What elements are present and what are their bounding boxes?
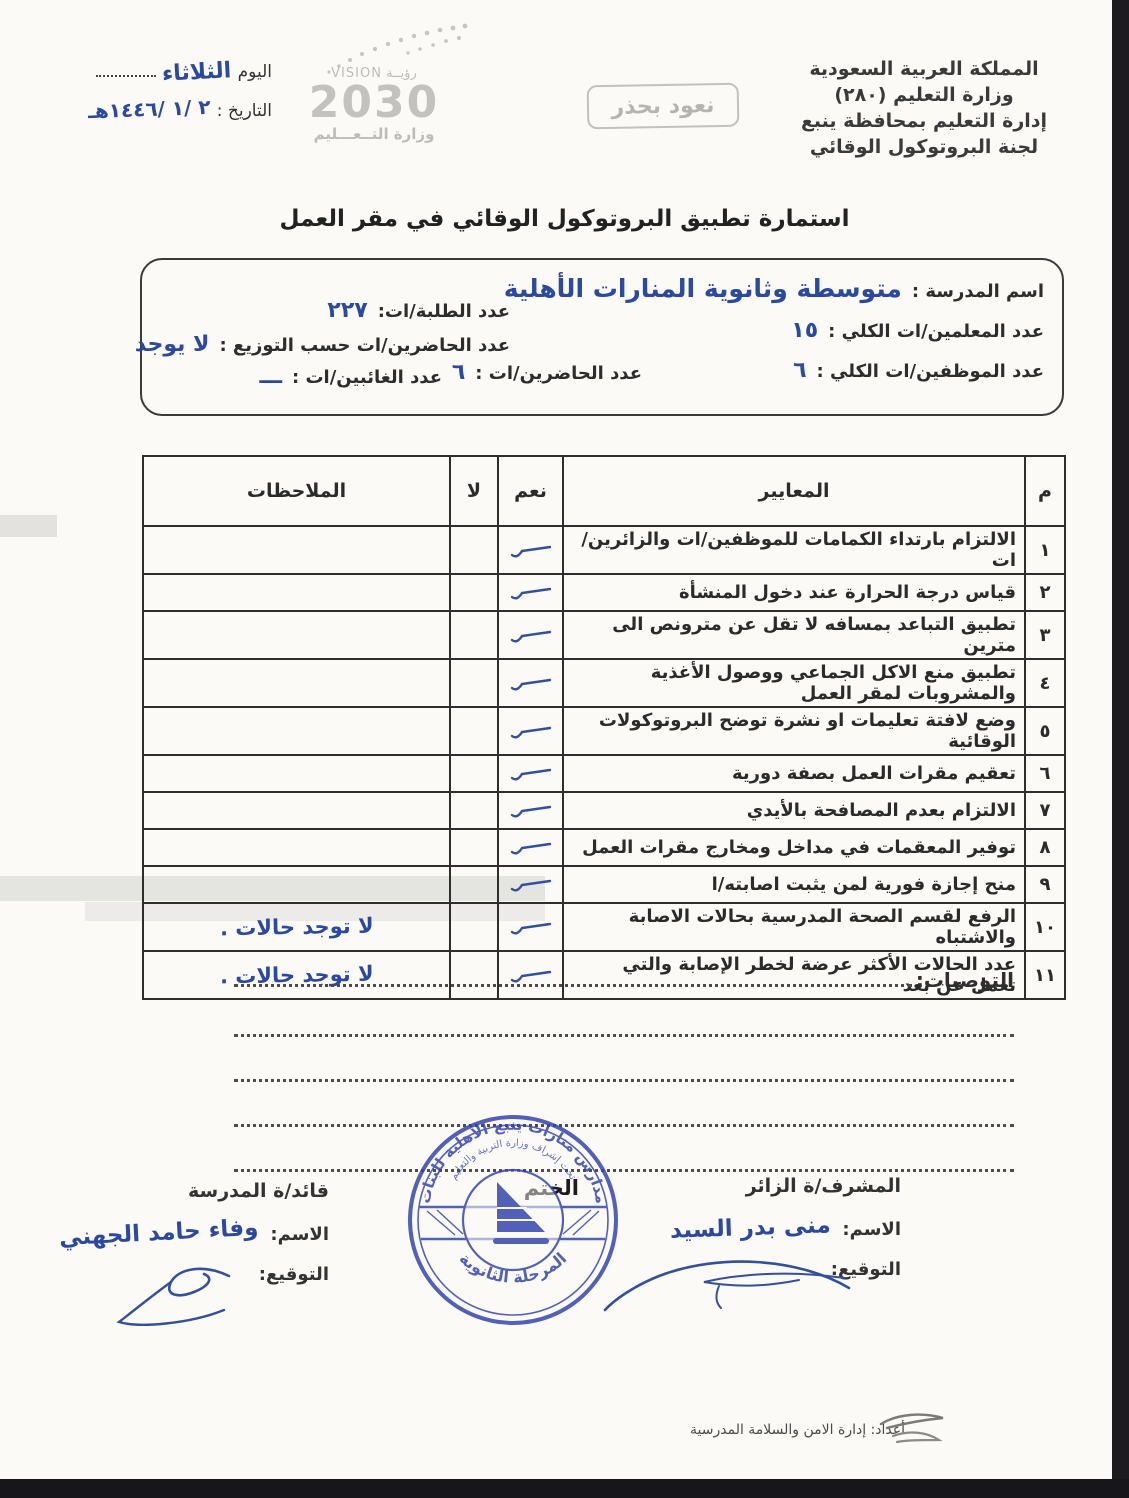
header-criteria: المعايير bbox=[563, 456, 1025, 526]
row-criteria: الرفع لقسم الصحة المدرسية بحالات الاصابة… bbox=[563, 903, 1025, 951]
notes-cell: لا توجد حالات . bbox=[143, 903, 450, 951]
school-name-value-handwritten: متوسطة وثانوية المنارات الأهلية bbox=[504, 274, 902, 303]
supervisor-title: المشرف/ة الزائر bbox=[601, 1175, 901, 1197]
table-row: ٧ الالتزام بعدم المصافحة بالأيدي bbox=[143, 792, 1065, 829]
row-number: ٢ bbox=[1025, 574, 1065, 611]
dotted-line bbox=[96, 61, 156, 77]
row-number: ٧ bbox=[1025, 792, 1065, 829]
yes-cell bbox=[498, 707, 563, 755]
pencil-scribble bbox=[877, 1406, 947, 1454]
row-criteria: الالتزام بعدم المصافحة بالأيدي bbox=[563, 792, 1025, 829]
row-number: ٦ bbox=[1025, 755, 1065, 792]
present-by-distribution-value-handwritten: لا يوجد bbox=[135, 332, 210, 357]
yes-cell bbox=[498, 659, 563, 707]
row-number: ٤ bbox=[1025, 659, 1065, 707]
staff-count-field: عدد الموظفين/ات الكلي : ٦ bbox=[793, 358, 1044, 383]
notes-cell bbox=[143, 792, 450, 829]
table-row: ٣ تطبيق التباعد بمسافه لا تقل عن مترونص … bbox=[143, 611, 1065, 659]
students-count-label: عدد الطلبة/ات: bbox=[378, 301, 510, 322]
dotted-line bbox=[234, 1153, 1014, 1172]
table-row: ٢ قياس درجة الحرارة عند دخول المنشأة bbox=[143, 574, 1065, 611]
row-criteria: منح إجازة فورية لمن يثبت اصابته/ا bbox=[563, 866, 1025, 903]
table-row: ٦ تعقيم مقرات العمل بصفة دورية bbox=[143, 755, 1065, 792]
no-cell bbox=[450, 866, 498, 903]
staff-count-value-handwritten: ٦ bbox=[793, 358, 806, 383]
row-criteria: تعقيم مقرات العمل بصفة دورية bbox=[563, 755, 1025, 792]
students-count-field: عدد الطلبة/ات: ٢٢٧ bbox=[327, 298, 510, 323]
checkmark-icon bbox=[509, 723, 553, 741]
notes-cell bbox=[143, 707, 450, 755]
ministry-header: المملكة العربية السعودية وزارة التعليم (… bbox=[759, 56, 1089, 160]
principal-signature-mark bbox=[109, 1258, 239, 1333]
header-no: لا bbox=[450, 456, 498, 526]
prepared-by-note: أعداد: إدارة الامن والسلامة المدرسية bbox=[690, 1422, 905, 1438]
row-number: ٩ bbox=[1025, 866, 1065, 903]
return-carefully-stamp: نعود بحذر bbox=[587, 83, 740, 130]
header-yes: نعم bbox=[498, 456, 563, 526]
row-number: ١٠ bbox=[1025, 903, 1065, 951]
notes-cell bbox=[143, 659, 450, 707]
principal-sign-label: التوقيع: bbox=[259, 1264, 329, 1285]
notes-cell bbox=[143, 755, 450, 792]
checkmark-icon bbox=[509, 839, 553, 857]
ministry-line-1: المملكة العربية السعودية bbox=[759, 56, 1089, 82]
present-by-distribution-field: عدد الحاضرين/ات حسب التوزيع : لا يوجد bbox=[135, 332, 510, 357]
notes-cell bbox=[143, 611, 450, 659]
row-criteria: توفير المعقمات في مداخل ومخارج مقرات الع… bbox=[563, 829, 1025, 866]
row-number: ١ bbox=[1025, 526, 1065, 574]
no-cell bbox=[450, 755, 498, 792]
present-count-label: عدد الحاضرين/ات : bbox=[475, 363, 642, 384]
vision-2030-logo: رؤيــة VISION 2030 وزارة التــعـــليم bbox=[279, 66, 469, 143]
school-info-box: اسم المدرسة : متوسطة وثانوية المنارات ال… bbox=[140, 258, 1064, 416]
ministry-line-2: وزارة التعليم (٢٨٠) bbox=[759, 82, 1089, 108]
school-name-label: اسم المدرسة : bbox=[912, 281, 1044, 302]
header-num: م bbox=[1025, 456, 1065, 526]
present-count-value-handwritten: ٦ bbox=[452, 360, 465, 385]
recommendations-section: التوصيات: bbox=[234, 968, 1014, 1172]
notes-cell bbox=[143, 866, 450, 903]
no-cell bbox=[450, 707, 498, 755]
page-title: استمارة تطبيق البروتوكول الوقائي في مقر … bbox=[0, 206, 1129, 232]
row-criteria: الالتزام بارتداء الكمامات للموظفين/ات وا… bbox=[563, 526, 1025, 574]
yes-cell bbox=[498, 829, 563, 866]
checkmark-icon bbox=[509, 876, 553, 894]
present-by-distribution-label: عدد الحاضرين/ات حسب التوزيع : bbox=[219, 335, 510, 356]
checkmark-icon bbox=[509, 675, 553, 693]
absent-count-field: عدد الغائبين/ات : ـــ bbox=[259, 364, 442, 389]
dotted-line bbox=[234, 1063, 1014, 1082]
yes-cell bbox=[498, 611, 563, 659]
row-criteria: تطبيق التباعد بمسافه لا تقل عن مترونص ال… bbox=[563, 611, 1025, 659]
supervisor-name-handwritten: منى بدر السيد bbox=[669, 1212, 830, 1244]
absent-count-label: عدد الغائبين/ات : bbox=[292, 367, 442, 388]
row-criteria: تطبيق منع الاكل الجماعي ووصول الأغذية وا… bbox=[563, 659, 1025, 707]
checkmark-icon bbox=[509, 627, 553, 645]
yes-cell bbox=[498, 792, 563, 829]
scan-edge-right bbox=[1112, 0, 1129, 1498]
yes-cell bbox=[498, 866, 563, 903]
table-header-row: م المعايير نعم لا الملاحظات bbox=[143, 456, 1065, 526]
header-notes: الملاحظات bbox=[143, 456, 450, 526]
students-count-value-handwritten: ٢٢٧ bbox=[327, 298, 367, 323]
checkmark-icon bbox=[509, 584, 553, 602]
principal-title: قائد/ة المدرسة bbox=[29, 1180, 329, 1202]
table-row: ٩ منح إجازة فورية لمن يثبت اصابته/ا bbox=[143, 866, 1065, 903]
staff-count-label: عدد الموظفين/ات الكلي : bbox=[817, 361, 1044, 382]
yes-cell bbox=[498, 526, 563, 574]
vision-ministry: وزارة التــعـــليم bbox=[279, 125, 469, 143]
recommendations-label: التوصيات: bbox=[916, 968, 1014, 992]
supervisor-signature-mark bbox=[599, 1248, 859, 1318]
checkmark-icon bbox=[509, 765, 553, 783]
note-handwritten: لا توجد حالات . bbox=[219, 914, 373, 941]
table-row: ٨ توفير المعقمات في مداخل ومخارج مقرات ا… bbox=[143, 829, 1065, 866]
principal-name-label: الاسم: bbox=[270, 1224, 329, 1245]
checkmark-icon bbox=[509, 542, 553, 560]
row-number: ٥ bbox=[1025, 707, 1065, 755]
criteria-table: م المعايير نعم لا الملاحظات ١ الالتزام ب… bbox=[142, 455, 1066, 1000]
row-criteria: قياس درجة الحرارة عند دخول المنشأة bbox=[563, 574, 1025, 611]
day-value-handwritten: الثلاثاء bbox=[162, 58, 232, 87]
table-row: ٤ تطبيق منع الاكل الجماعي ووصول الأغذية … bbox=[143, 659, 1065, 707]
ministry-line-4: لجنة البروتوكول الوقائي bbox=[759, 134, 1089, 160]
yes-cell bbox=[498, 574, 563, 611]
date-label: التاريخ : bbox=[217, 101, 272, 121]
table-row: ٥ وضع لافتة تعليمات او نشرة توضح البروتو… bbox=[143, 707, 1065, 755]
school-circular-stamp: مدارس منارات ينبع الأهلية للبنات تحت إشر… bbox=[405, 1112, 621, 1328]
row-number: ٨ bbox=[1025, 829, 1065, 866]
vision-year: 2030 bbox=[279, 81, 469, 125]
no-cell bbox=[450, 611, 498, 659]
row-number: ٣ bbox=[1025, 611, 1065, 659]
no-cell bbox=[450, 903, 498, 951]
school-name-field: اسم المدرسة : متوسطة وثانوية المنارات ال… bbox=[504, 274, 1044, 303]
present-count-field: عدد الحاضرين/ات : ٦ bbox=[452, 360, 642, 385]
no-cell bbox=[450, 526, 498, 574]
row-number: ١١ bbox=[1025, 951, 1065, 999]
notes-cell bbox=[143, 526, 450, 574]
notes-cell bbox=[143, 829, 450, 866]
table-row: ١٠ الرفع لقسم الصحة المدرسية بحالات الاص… bbox=[143, 903, 1065, 951]
teachers-count-value-handwritten: ١٥ bbox=[791, 318, 818, 343]
checkmark-icon bbox=[509, 802, 553, 820]
absent-count-value-handwritten: ـــ bbox=[259, 364, 282, 389]
yes-cell bbox=[498, 903, 563, 951]
row-criteria: وضع لافتة تعليمات او نشرة توضح البروتوكو… bbox=[563, 707, 1025, 755]
dotted-line bbox=[234, 1108, 1014, 1127]
notes-cell bbox=[143, 574, 450, 611]
dotted-line bbox=[234, 1018, 1014, 1037]
no-cell bbox=[450, 659, 498, 707]
day-label: اليوم bbox=[238, 62, 272, 82]
dotted-line bbox=[234, 968, 912, 987]
supervisor-name-label: الاسم: bbox=[842, 1219, 901, 1240]
teachers-count-label: عدد المعلمين/ات الكلي : bbox=[828, 321, 1044, 342]
principal-name-handwritten: وفاء حامد الجهني bbox=[58, 1215, 259, 1251]
scan-smudge bbox=[0, 515, 57, 537]
date-value-handwritten: ٢ /١ /١٤٤٦هـ bbox=[88, 95, 211, 123]
checkmark-icon bbox=[509, 919, 553, 937]
table-row: ١ الالتزام بارتداء الكمامات للموظفين/ات … bbox=[143, 526, 1065, 574]
ministry-line-3: إدارة التعليم بمحافظة ينبع bbox=[759, 108, 1089, 134]
no-cell bbox=[450, 574, 498, 611]
yes-cell bbox=[498, 755, 563, 792]
teachers-count-field: عدد المعلمين/ات الكلي : ١٥ bbox=[791, 318, 1044, 343]
scanned-form-page: المملكة العربية السعودية وزارة التعليم (… bbox=[0, 0, 1129, 1498]
scan-edge-bottom bbox=[0, 1479, 1129, 1498]
no-cell bbox=[450, 829, 498, 866]
no-cell bbox=[450, 792, 498, 829]
vision-dots-swoosh bbox=[309, 20, 479, 80]
day-date-block: اليوم الثلاثاء التاريخ : ٢ /١ /١٤٤٦هـ bbox=[22, 58, 272, 121]
